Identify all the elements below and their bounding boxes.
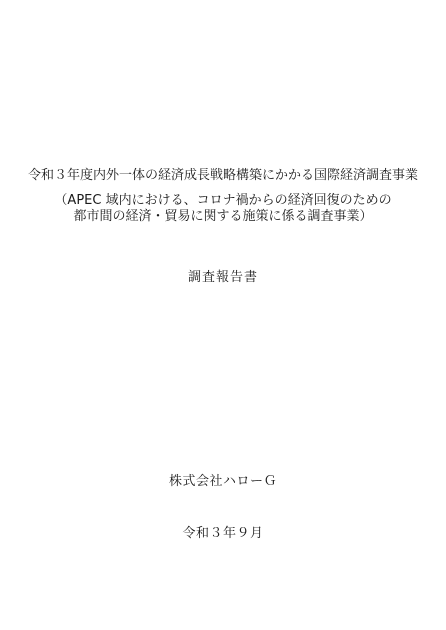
company-name: 株式会社ハローＧ — [0, 470, 446, 489]
document-cover-page: 令和３年度内外一体の経済成長戦略構築にかかる国際経済調査事業 （APEC 域内に… — [0, 0, 446, 630]
publication-date: 令和３年９月 — [0, 522, 446, 541]
document-subtitle-line-2: 都市間の経済・貿易に関する施策に係る調査事業） — [0, 205, 446, 224]
document-title: 令和３年度内外一体の経済成長戦略構築にかかる国際経済調査事業 — [0, 164, 446, 183]
report-type-label: 調査報告書 — [0, 266, 446, 285]
